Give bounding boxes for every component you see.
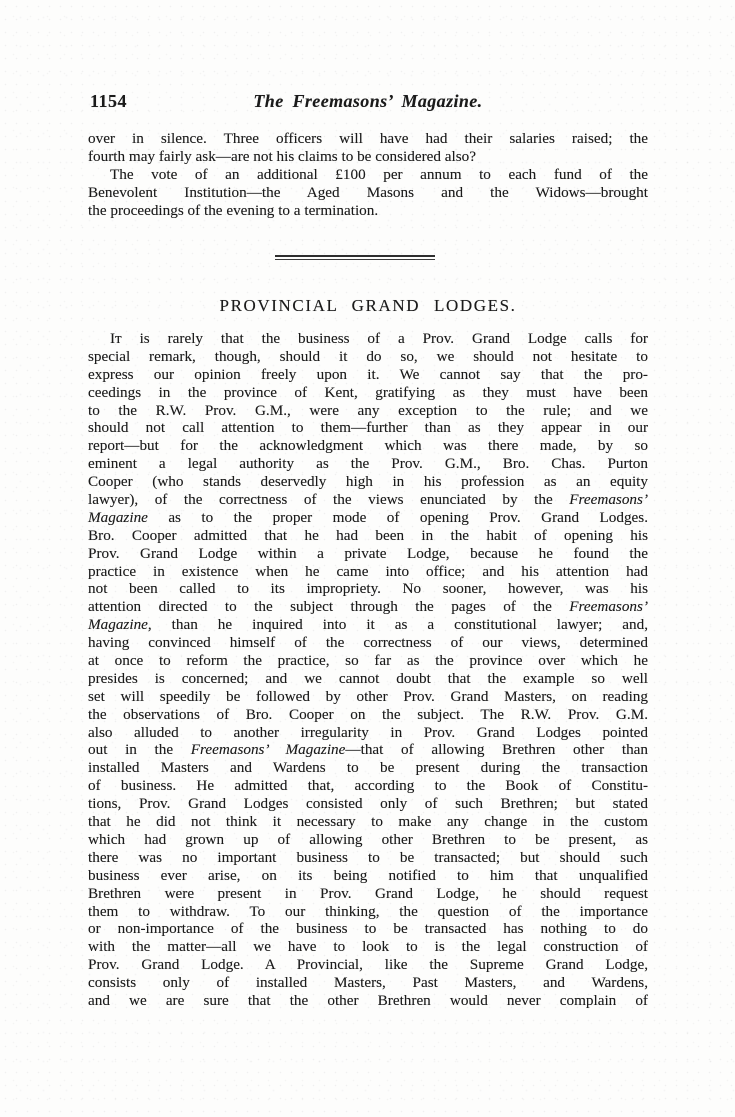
text-line: Prov. Grand Lodge within a private Lodge…	[88, 545, 648, 563]
text-line: Prov. Grand Lodge. A Provincial, like th…	[88, 956, 648, 974]
text-line: to the R.W. Prov. G.M., were any excepti…	[88, 402, 648, 420]
running-title: The Freemasons’ Magazine.	[88, 91, 648, 112]
text-line: Magazine as to the proper mode of openin…	[88, 509, 648, 527]
text-line: practice in existence when he came into …	[88, 563, 648, 581]
italic-text: Magazine	[88, 616, 148, 633]
italic-text: Freemasons’	[569, 598, 648, 615]
text-line: which had grown up of allowing other Bre…	[88, 831, 648, 849]
text-line: lawyer), of the correctness of the views…	[88, 491, 648, 509]
text-line: not been called to its impropriety. No s…	[88, 580, 648, 598]
magazine-page: 1154 The Freemasons’ Magazine. over in s…	[0, 0, 735, 1117]
text-line: Cooper (who stands deservedly high in hi…	[88, 473, 648, 491]
text-line: of business. He admitted that, according…	[88, 777, 648, 795]
text-line: business ever arise, on its being notifi…	[88, 867, 648, 885]
text-line: over in silence. Three officers will hav…	[88, 130, 648, 148]
text-line: consists only of installed Masters, Past…	[88, 974, 648, 992]
text-line: tions, Prov. Grand Lodges consisted only…	[88, 795, 648, 813]
paragraph: The vote of an additional £100 per annum…	[88, 166, 648, 220]
text-line: should not call attention to them—furthe…	[88, 419, 648, 437]
paragraph: over in silence. Three officers will hav…	[88, 130, 648, 166]
text-line: presides is concerned; and we cannot dou…	[88, 670, 648, 688]
text-line: them to withdraw. To our thinking, the q…	[88, 903, 648, 921]
text-line: or non-importance of the business to be …	[88, 920, 648, 938]
text-line: ceedings in the province of Kent, gratif…	[88, 384, 648, 402]
text-line: out in the Freemasons’ Magazine—that of …	[88, 741, 648, 759]
article-heading: PROVINCIAL GRAND LODGES.	[88, 296, 648, 316]
text-line: express our opinion freely upon it. We c…	[88, 366, 648, 384]
text-line: Magazine, than he inquired into it as a …	[88, 616, 648, 634]
text-line: Iᴛ is rarely that the business of a Prov…	[88, 330, 648, 348]
text-line: Brethren were present in Prov. Grand Lod…	[88, 885, 648, 903]
text-line: with the matter—all we have to look to i…	[88, 938, 648, 956]
text-line: attention directed to the subject throug…	[88, 598, 648, 616]
page-header: 1154 The Freemasons’ Magazine.	[88, 91, 648, 113]
text-line: at once to reform the practice, so far a…	[88, 652, 648, 670]
text-line: and we are sure that the other Brethren …	[88, 992, 648, 1010]
previous-article-continuation: over in silence. Three officers will hav…	[88, 130, 648, 219]
text-line: The vote of an additional £100 per annum…	[88, 166, 648, 184]
article-body: Iᴛ is rarely that the business of a Prov…	[88, 330, 648, 1010]
italic-text: Magazine	[88, 509, 148, 526]
italic-text: Freemasons’ Magazine	[191, 741, 346, 758]
text-line: having convinced himself of the correctn…	[88, 634, 648, 652]
text-line: Benevolent Institution—the Aged Masons a…	[88, 184, 648, 202]
text-line: also alluded to another irregularity in …	[88, 724, 648, 742]
text-line: that he did not think it necessary to ma…	[88, 813, 648, 831]
text-line: report—but for the acknowledgment which …	[88, 437, 648, 455]
text-line: the proceedings of the evening to a term…	[88, 202, 648, 220]
text-line: eminent a legal authority as the Prov. G…	[88, 455, 648, 473]
section-divider-rule	[275, 255, 435, 260]
text-line: installed Masters and Wardens to be pres…	[88, 759, 648, 777]
text-line: special remark, though, should it do so,…	[88, 348, 648, 366]
text-line: there was no important business to be tr…	[88, 849, 648, 867]
text-line: fourth may fairly ask—are not his claims…	[88, 148, 648, 166]
text-line: Bro. Cooper admitted that he had been in…	[88, 527, 648, 545]
text-line: set will speedily be followed by other P…	[88, 688, 648, 706]
italic-text: Freemasons’	[569, 491, 648, 508]
paragraph: Iᴛ is rarely that the business of a Prov…	[88, 330, 648, 1010]
text-line: the observations of Bro. Cooper on the s…	[88, 706, 648, 724]
